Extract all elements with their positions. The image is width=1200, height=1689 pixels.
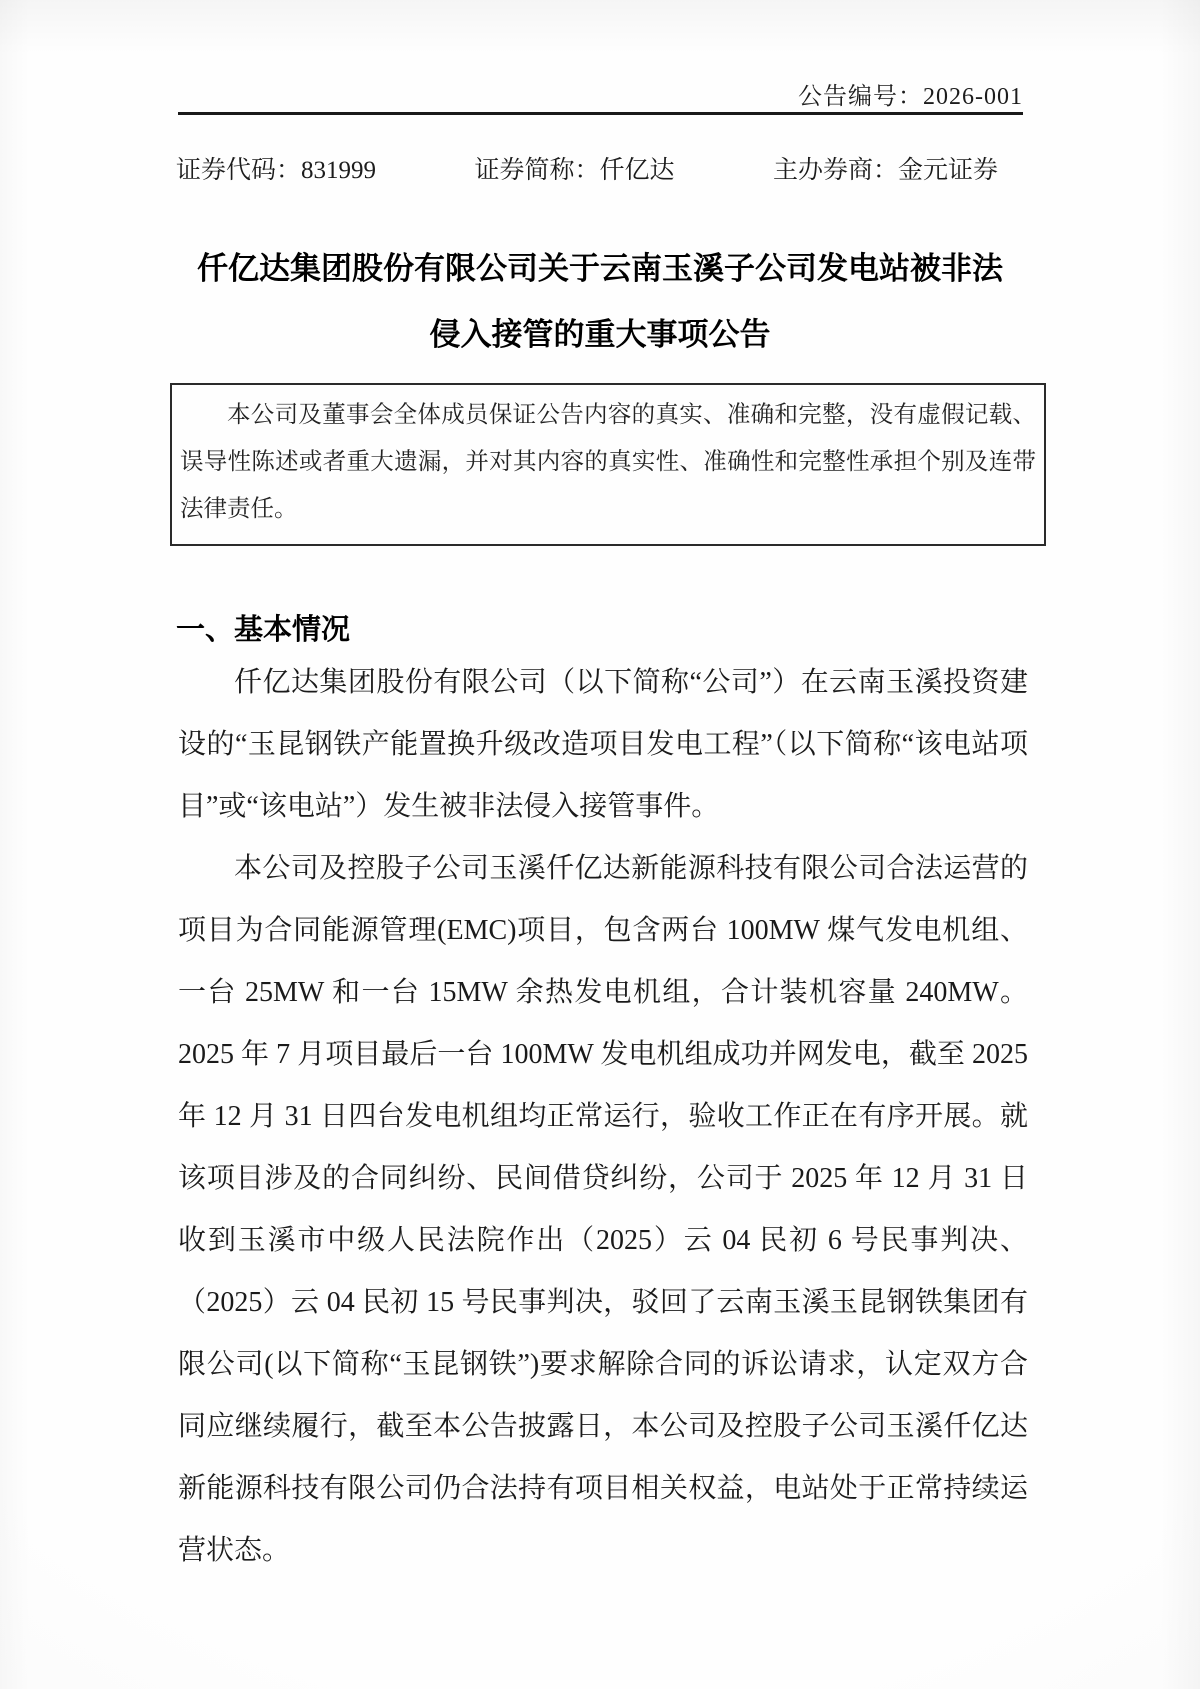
- sponsor-broker: 主办券商：金元证券: [773, 150, 998, 186]
- document-title-line2: 侵入接管的重大事项公告: [175, 302, 1025, 368]
- paragraph-2: 本公司及控股子公司玉溪仟亿达新能源科技有限公司合法运营的项目为合同能源管理(EM…: [178, 838, 1028, 1582]
- securities-info-row: 证券代码：831999 证券简称：仟亿达 主办券商：金元证券: [176, 150, 998, 186]
- document-title-line1: 仟亿达集团股份有限公司关于云南玉溪子公司发电站被非法: [175, 236, 1025, 302]
- document-title: 仟亿达集团股份有限公司关于云南玉溪子公司发电站被非法 侵入接管的重大事项公告: [175, 236, 1025, 368]
- section-body: 仟亿达集团股份有限公司（以下简称“公司”）在云南玉溪投资建设的“玉昆钢铁产能置换…: [178, 652, 1028, 1582]
- announcement-page: 公告编号：2026-001 证券代码：831999 证券简称：仟亿达 主办券商：…: [0, 0, 1200, 1689]
- header-divider: [178, 112, 1023, 115]
- stock-short-name: 证券简称：仟亿达: [474, 150, 674, 186]
- announcement-number: 公告编号：2026-001: [798, 76, 1023, 111]
- disclaimer-box: 本公司及董事会全体成员保证公告内容的真实、准确和完整，没有虚假记载、误导性陈述或…: [170, 383, 1046, 546]
- disclaimer-text: 本公司及董事会全体成员保证公告内容的真实、准确和完整，没有虚假记载、误导性陈述或…: [180, 392, 1036, 533]
- section-heading-basic-situation: 一、基本情况: [176, 608, 350, 652]
- stock-code: 证券代码：831999: [176, 150, 376, 186]
- paragraph-1: 仟亿达集团股份有限公司（以下简称“公司”）在云南玉溪投资建设的“玉昆钢铁产能置换…: [178, 652, 1028, 838]
